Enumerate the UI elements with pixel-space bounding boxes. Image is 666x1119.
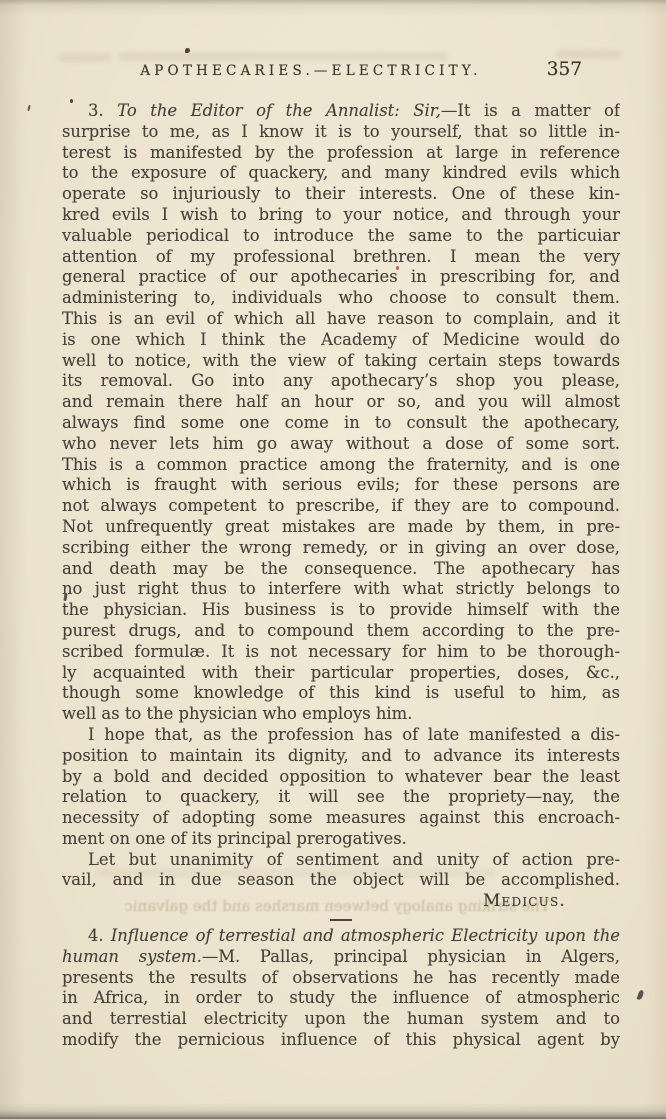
text-line: administering to, individuals who choose… bbox=[62, 288, 620, 309]
scanned-book-page: The striking analogy between marshes and… bbox=[0, 0, 666, 1119]
text-line: position to maintain its dignity, and to… bbox=[62, 746, 620, 767]
running-title: APOTHECARIES.—ELECTRICITY. bbox=[62, 63, 560, 79]
text-line: ment on one of its principal prerogative… bbox=[62, 829, 620, 850]
article4-title-italic-continued: human system. bbox=[62, 947, 202, 966]
text-line: in Africa, in order to study the influen… bbox=[62, 988, 620, 1009]
text-line: presents the results of observations he … bbox=[62, 968, 620, 989]
letter-address: To the Editor of the Annalist: bbox=[117, 101, 400, 120]
ink-speck bbox=[27, 105, 30, 111]
section-separator-rule bbox=[330, 919, 352, 921]
text-line: surprise to me, as I know it is to yours… bbox=[62, 122, 620, 143]
opening-line-rest: —It is a matter of bbox=[441, 101, 620, 120]
text-line: attention of my professional brethren. I… bbox=[62, 247, 620, 268]
text-line: and remain there half an hour or so, and… bbox=[62, 392, 620, 413]
text-line: kred evils I wish to bring to your notic… bbox=[62, 205, 620, 226]
page-header: APOTHECARIES.—ELECTRICITY. 357 bbox=[62, 63, 620, 85]
text-line: modify the pernicious influence of this … bbox=[62, 1030, 620, 1051]
item-number: 4. bbox=[88, 926, 104, 945]
text-line: well as to the physician who employs him… bbox=[62, 704, 620, 725]
ink-speck bbox=[70, 99, 73, 103]
text-line: scribed formulæ. It is not necessary for… bbox=[62, 642, 620, 663]
text-line: by a bold and decided opposition to what… bbox=[62, 767, 620, 788]
showthrough-smudge bbox=[118, 52, 448, 61]
text-line: This is an evil of which all have reason… bbox=[62, 309, 620, 330]
text-line: scribing either the wrong remedy, or in … bbox=[62, 538, 620, 559]
article4-title-line1: 4. Influence of terrestial and atmospher… bbox=[62, 926, 620, 947]
text-block: 3. To the Editor of the Annalist: Sir,—I… bbox=[62, 101, 620, 1051]
ink-speck bbox=[396, 266, 399, 270]
page-number: 357 bbox=[547, 59, 582, 80]
article3-paragraph-3: Let but unanimity of sentiment and unity… bbox=[62, 850, 620, 892]
article4-paragraph: presents the results of observations he … bbox=[62, 968, 620, 1051]
text-line: to the exposure of quackery, and many ki… bbox=[62, 163, 620, 184]
text-line: operate so injuriously to their interest… bbox=[62, 184, 620, 205]
text-line: not always competent to prescribe, if th… bbox=[62, 496, 620, 517]
text-line: always find some one come in to consult … bbox=[62, 413, 620, 434]
text-line: Let but unanimity of sentiment and unity… bbox=[62, 850, 620, 871]
letter-signature: Medicus. bbox=[62, 891, 620, 912]
text-line: relation to quackery, it will see the pr… bbox=[62, 787, 620, 808]
text-line: though some knowledge of this kind is us… bbox=[62, 683, 620, 704]
text-line: the physician. His business is to provid… bbox=[62, 600, 620, 621]
text-line: vail, and in due season the object will … bbox=[62, 870, 620, 891]
text-line: and death may be the consequence. The ap… bbox=[62, 559, 620, 580]
article3-opening-line: 3. To the Editor of the Annalist: Sir,—I… bbox=[62, 101, 620, 122]
ink-speck bbox=[637, 989, 645, 1000]
text-line: its removal. Go into any apothecary’s sh… bbox=[62, 371, 620, 392]
text-line: Not unfrequently great mistakes are made… bbox=[62, 517, 620, 538]
text-line: no just right thus to interfere with wha… bbox=[62, 579, 620, 600]
item-number: 3. bbox=[88, 101, 104, 120]
text-line: necessity of adopting some measures agai… bbox=[62, 808, 620, 829]
text-line: ly acquainted with their particular prop… bbox=[62, 663, 620, 684]
article4-title-line2: human system.—M. Pallas, principal physi… bbox=[62, 947, 620, 968]
text-line: terest is manifested by the profession a… bbox=[62, 143, 620, 164]
article3-paragraph-2: I hope that, as the profession has of la… bbox=[62, 725, 620, 850]
text-line: who never lets him go away without a dos… bbox=[62, 434, 620, 455]
showthrough-smudge bbox=[556, 50, 622, 59]
text-line: purest drugs, and to compound them accor… bbox=[62, 621, 620, 642]
article4-title-italic: Influence of terrestial and atmospheric … bbox=[111, 926, 620, 945]
letter-salutation: Sir, bbox=[413, 101, 441, 120]
text-line: is one which I think the Academy of Medi… bbox=[62, 330, 620, 351]
text-line: valuable periodical to introduce the sam… bbox=[62, 226, 620, 247]
showthrough-smudge bbox=[58, 54, 112, 62]
text-line: well to notice, with the view of taking … bbox=[62, 351, 620, 372]
text-line: and terrestial electricity upon the huma… bbox=[62, 1009, 620, 1030]
text-line: general practice of our apothecaries in … bbox=[62, 267, 620, 288]
text-line: I hope that, as the profession has of la… bbox=[62, 725, 620, 746]
article4-line2-rest: —M. Pallas, principal physician in Alger… bbox=[202, 947, 620, 966]
ink-speck bbox=[185, 48, 190, 53]
article3-paragraph-1: surprise to me, as I know it is to yours… bbox=[62, 122, 620, 725]
text-line: This is a common practice among the frat… bbox=[62, 455, 620, 476]
text-line: which is fraught with serious evils; for… bbox=[62, 475, 620, 496]
